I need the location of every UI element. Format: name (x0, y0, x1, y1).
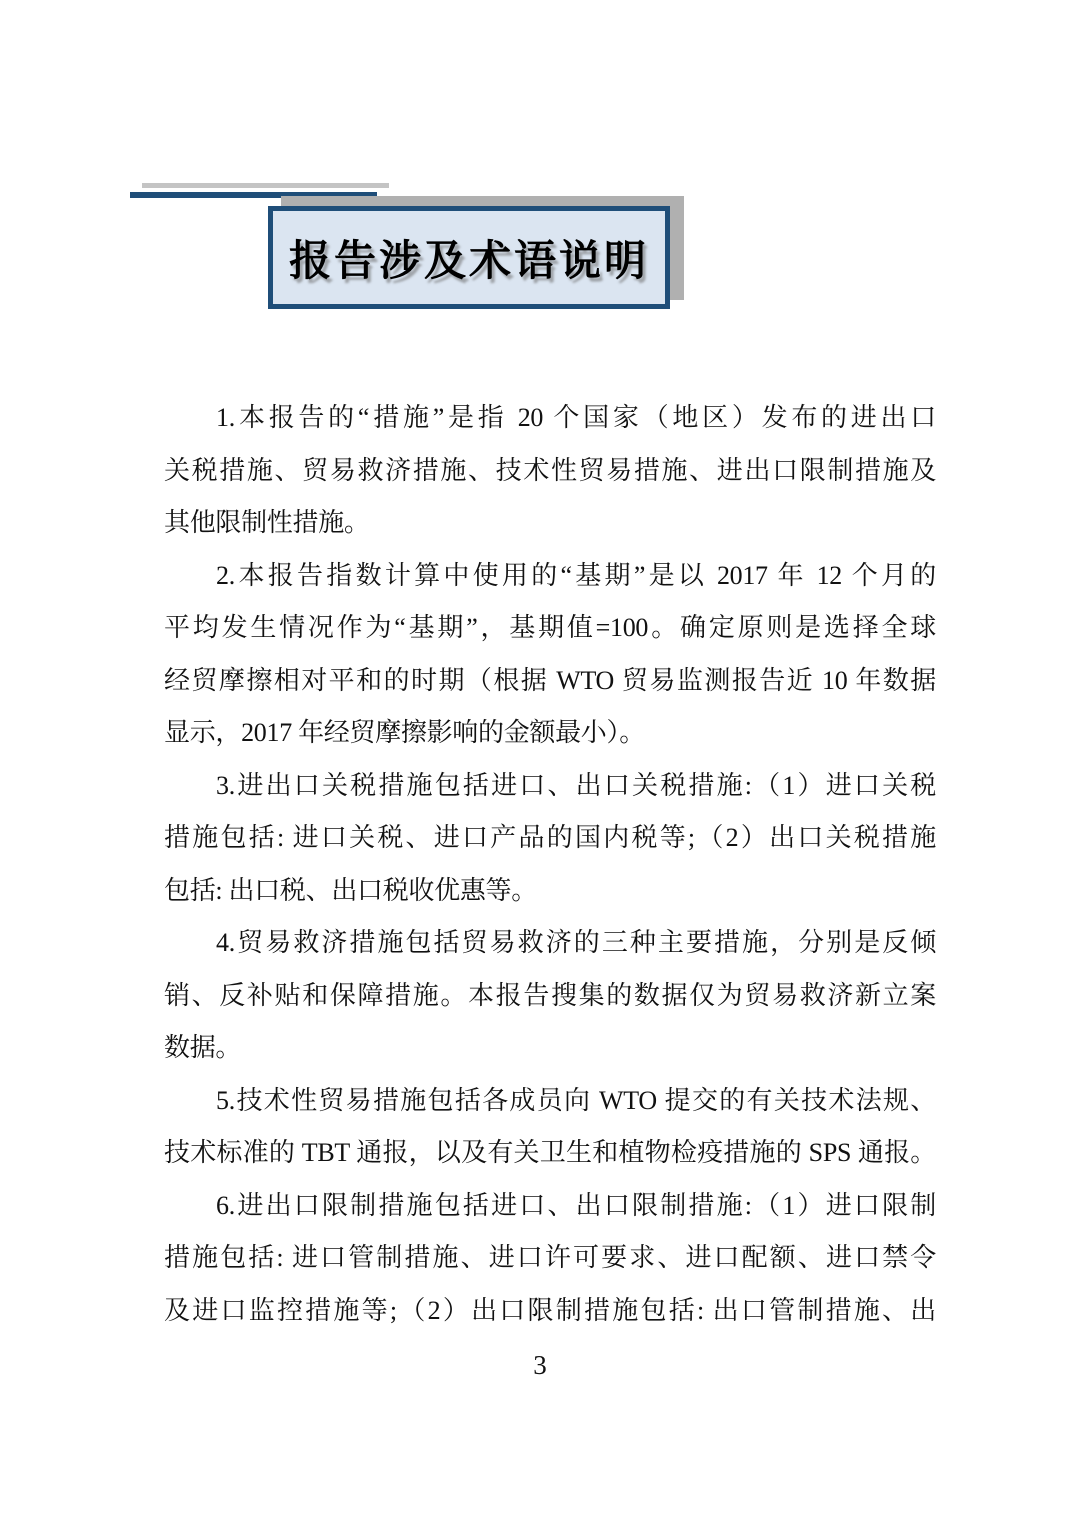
section-title-box: 报告涉及术语说明 (268, 206, 670, 309)
text-line: 5.技术性贸易措施包括各成员向 WTO 提交的有关技术法规、 (164, 1075, 936, 1128)
document-page: 报告涉及术语说明 1.本报告的“措施”是指 20 个国家（地区）发布的进出口 关… (0, 0, 1080, 1528)
paragraph: 2.本报告指数计算中使用的“基期”是以 2017 年 12 个月的 平均发生情况… (164, 550, 936, 760)
text-line: 措施包括: 进口管制措施、进口许可要求、进口配额、进口禁令 (164, 1232, 936, 1285)
body-text: 1.本报告的“措施”是指 20 个国家（地区）发布的进出口 关税措施、贸易救济措… (164, 392, 936, 1337)
paragraph: 3.进出口关税措施包括进口、出口关税措施:（1）进口关税 措施包括: 进口关税、… (164, 760, 936, 918)
paragraph: 4.贸易救济措施包括贸易救济的三种主要措施，分别是反倾 销、反补贴和保障措施。本… (164, 917, 936, 1075)
paragraph: 5.技术性贸易措施包括各成员向 WTO 提交的有关技术法规、 技术标准的 TBT… (164, 1075, 936, 1180)
section-title: 报告涉及术语说明 (289, 228, 649, 288)
text-line: 3.进出口关税措施包括进口、出口关税措施:（1）进口关税 (164, 760, 936, 813)
text-line: 及进口监控措施等;（2）出口限制措施包括: 出口管制措施、出 (164, 1285, 936, 1338)
text-line: 其他限制性措施。 (164, 497, 936, 550)
paragraph: 6.进出口限制措施包括进口、出口限制措施:（1）进口限制 措施包括: 进口管制措… (164, 1180, 936, 1338)
paragraph: 1.本报告的“措施”是指 20 个国家（地区）发布的进出口 关税措施、贸易救济措… (164, 392, 936, 550)
text-line: 数据。 (164, 1022, 936, 1075)
text-line: 1.本报告的“措施”是指 20 个国家（地区）发布的进出口 (164, 392, 936, 445)
page-number: 3 (0, 1350, 1080, 1381)
text-line: 措施包括: 进口关税、进口产品的国内税等;（2）出口关税措施 (164, 812, 936, 865)
text-line: 显示，2017 年经贸摩擦影响的金额最小）。 (164, 707, 936, 760)
text-line: 关税措施、贸易救济措施、技术性贸易措施、进出口限制措施及 (164, 445, 936, 498)
text-line: 4.贸易救济措施包括贸易救济的三种主要措施，分别是反倾 (164, 917, 936, 970)
text-line: 销、反补贴和保障措施。本报告搜集的数据仅为贸易救济新立案 (164, 970, 936, 1023)
text-line: 2.本报告指数计算中使用的“基期”是以 2017 年 12 个月的 (164, 550, 936, 603)
text-line: 6.进出口限制措施包括进口、出口限制措施:（1）进口限制 (164, 1180, 936, 1233)
decorative-gray-line (142, 183, 389, 188)
text-line: 包括: 出口税、出口税收优惠等。 (164, 865, 936, 918)
text-line: 平均发生情况作为“基期”，基期值=100。确定原则是选择全球 (164, 602, 936, 655)
text-line: 技术标准的 TBT 通报，以及有关卫生和植物检疫措施的 SPS 通报。 (164, 1127, 936, 1180)
text-line: 经贸摩擦相对平和的时期（根据 WTO 贸易监测报告近 10 年数据 (164, 655, 936, 708)
